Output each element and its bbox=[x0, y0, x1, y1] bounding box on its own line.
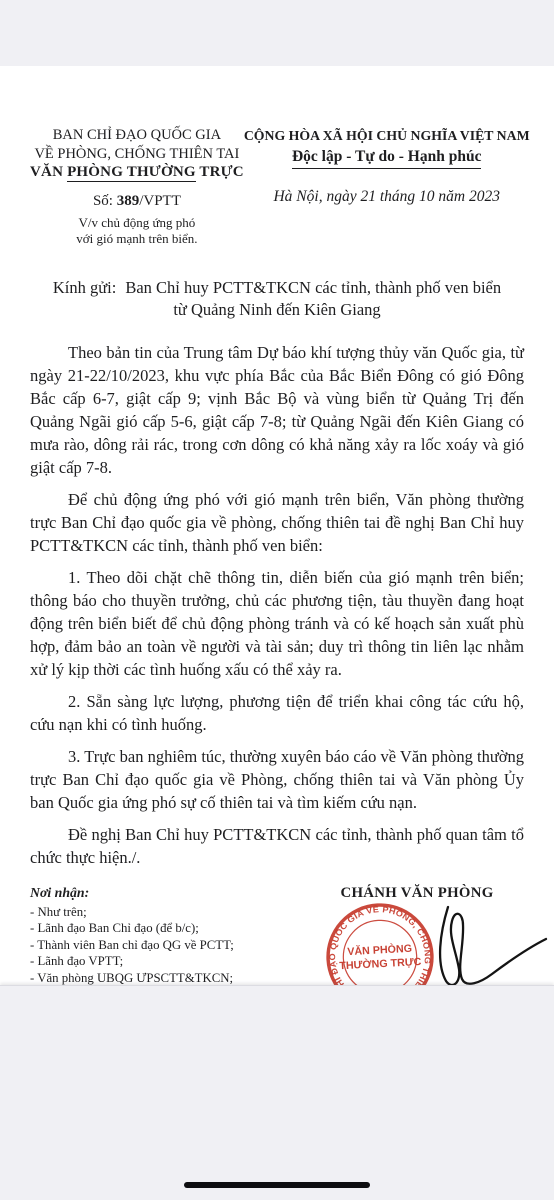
issuer-line3: VĂN PHÒNG THƯỜNG TRỰC bbox=[30, 163, 244, 182]
recipient-line1: Kính gửi:Ban Chỉ huy PCTT&TKCN các tỉnh,… bbox=[30, 277, 524, 299]
home-indicator[interactable] bbox=[184, 1182, 370, 1188]
recipient-text: Ban Chỉ huy PCTT&TKCN các tỉnh, thành ph… bbox=[125, 278, 501, 297]
issuer-line1: BAN CHỈ ĐẠO QUỐC GIA bbox=[30, 126, 244, 145]
body-paragraph: Đề nghị Ban Chỉ huy PCTT&TKCN các tỉnh, … bbox=[30, 823, 524, 869]
document-number-label: Số: bbox=[93, 193, 117, 209]
cc-list-item: - Lãnh đạo VPTT; bbox=[30, 953, 280, 970]
phone-screen: BAN CHỈ ĐẠO QUỐC GIA VỀ PHÒNG, CHỐNG THI… bbox=[0, 0, 554, 1200]
cc-list-item: - Văn phòng UBQG ƯPSCTT&TKCN; bbox=[30, 970, 280, 987]
cc-list-label: Nơi nhận: bbox=[30, 885, 280, 902]
national-motto: Độc lập - Tự do - Hạnh phúc bbox=[292, 147, 481, 169]
body-paragraph: 2. Sẵn sàng lực lượng, phương tiện để tr… bbox=[30, 690, 524, 736]
body-paragraph: Theo bản tin của Trung tâm Dự báo khí tư… bbox=[30, 341, 524, 479]
issuer-line3-underlined: PHÒNG THƯỜNG bbox=[67, 164, 196, 182]
body-paragraph: 3. Trực ban nghiêm túc, thường xuyên báo… bbox=[30, 745, 524, 814]
document-number-value: 389 bbox=[117, 193, 140, 209]
recipient-label: Kính gửi: bbox=[53, 278, 117, 297]
document-number-suffix: /VPTT bbox=[139, 193, 181, 209]
document-subject: V/v chủ động ứng phó với gió mạnh trên b… bbox=[30, 215, 244, 247]
subject-line1: V/v chủ động ứng phó bbox=[30, 215, 244, 231]
issuer-line3-suffix: TRỰC bbox=[196, 164, 244, 180]
issuer-line2: VỀ PHÒNG, CHỐNG THIÊN TAI bbox=[30, 145, 244, 164]
status-bar-area bbox=[0, 0, 554, 67]
recipient-line2: từ Quảng Ninh đến Kiên Giang bbox=[30, 299, 524, 321]
place-and-date: Hà Nội, ngày 21 tháng 10 năm 2023 bbox=[244, 187, 530, 206]
cc-list-item: - Như trên; bbox=[30, 904, 280, 921]
national-motto-block: CỘNG HÒA XÃ HỘI CHỦ NGHĨA VIỆT NAM Độc l… bbox=[244, 126, 530, 247]
cc-list-item: - Lãnh đạo Ban Chỉ đạo (để b/c); bbox=[30, 920, 280, 937]
document-page: BAN CHỈ ĐẠO QUỐC GIA VỀ PHÒNG, CHỐNG THI… bbox=[0, 66, 554, 985]
issuer-line3-prefix: VĂN bbox=[30, 164, 67, 180]
document-number: Số: 389/VPTT bbox=[30, 192, 244, 211]
issuing-agency-block: BAN CHỈ ĐẠO QUỐC GIA VỀ PHÒNG, CHỐNG THI… bbox=[30, 126, 244, 247]
recipient-block: Kính gửi:Ban Chỉ huy PCTT&TKCN các tỉnh,… bbox=[30, 277, 524, 321]
national-title: CỘNG HÒA XÃ HỘI CHỦ NGHĨA VIỆT NAM bbox=[244, 126, 530, 145]
subject-line2: với gió mạnh trên biển. bbox=[30, 231, 244, 247]
cc-list-item: - Thành viên Ban chỉ đạo QG về PCTT; bbox=[30, 937, 280, 954]
document-header: BAN CHỈ ĐẠO QUỐC GIA VỀ PHÒNG, CHỐNG THI… bbox=[30, 126, 524, 247]
body-paragraph: Để chủ động ứng phó với gió mạnh trên bi… bbox=[30, 488, 524, 557]
bottom-bar-area bbox=[0, 985, 554, 1200]
body-paragraph: 1. Theo dõi chặt chẽ thông tin, diễn biế… bbox=[30, 566, 524, 681]
